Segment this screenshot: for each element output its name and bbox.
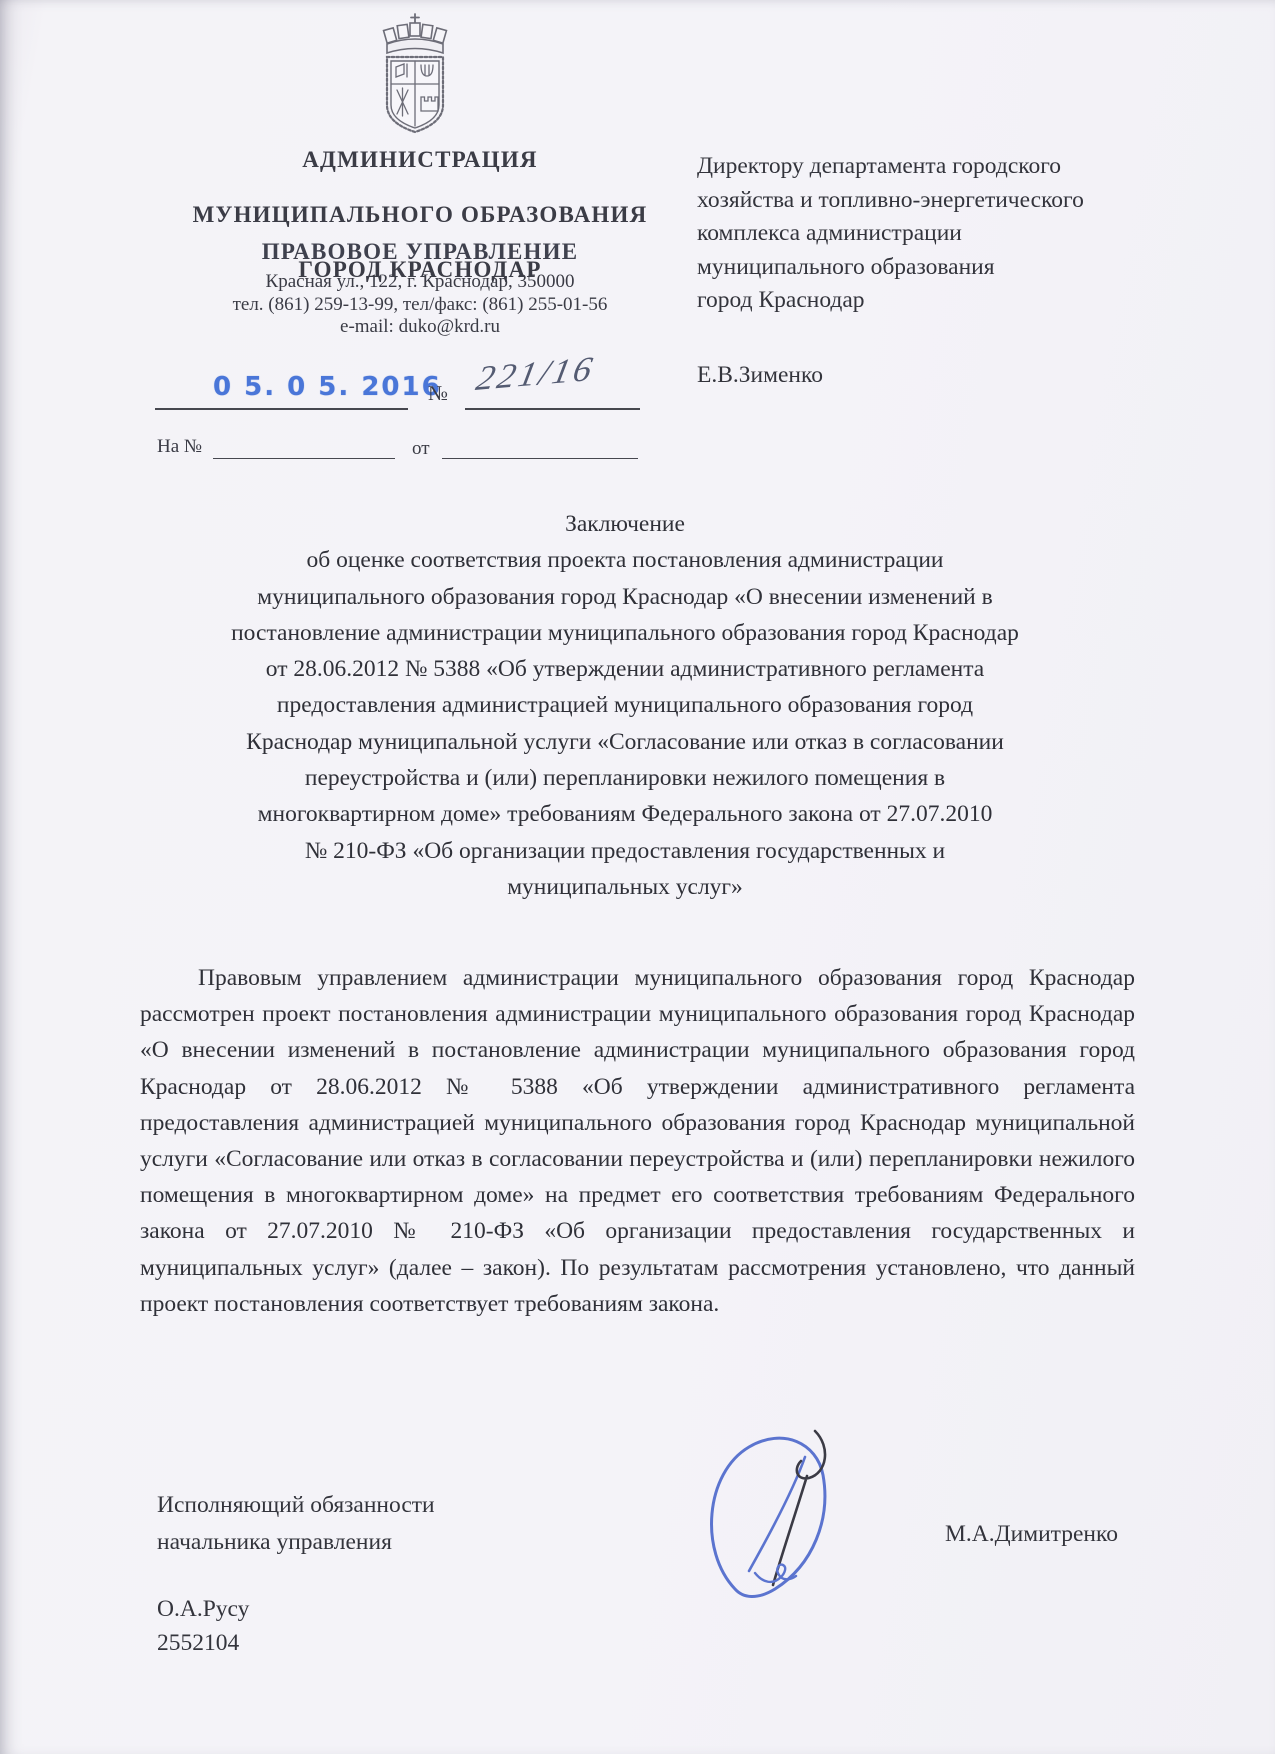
org-phone: тел. (861) 259-13-99, тел/факс: (861) 25…	[180, 294, 660, 317]
recipient-name: Е.В.Зименко	[697, 362, 823, 389]
doc-number-value: 221/16	[473, 349, 599, 399]
document-body: Правовым управлением администрации муниц…	[140, 960, 1135, 1322]
reply-number-underline	[213, 458, 395, 459]
org-contacts: Красная ул., 122, г. Краснодар, 350000 т…	[180, 271, 660, 339]
reply-date-underline	[442, 458, 638, 459]
signature-scribble-icon	[695, 1423, 885, 1613]
executor-name: О.А.Русу	[157, 1596, 249, 1623]
doc-number-underline	[465, 408, 640, 410]
doc-number-label: №	[428, 381, 448, 406]
scanned-letter-page: АДМИНИСТРАЦИЯ МУНИЦИПАЛЬНОГО ОБРАЗОВАНИЯ…	[0, 0, 1275, 1754]
reply-number-label: На №	[157, 436, 202, 458]
executor-phone: 2552104	[157, 1630, 239, 1657]
org-name-line2: МУНИЦИПАЛЬНОГО ОБРАЗОВАНИЯ	[193, 202, 648, 227]
department-name: ПРАВОВОЕ УПРАВЛЕНИЕ	[180, 239, 660, 265]
document-title: Заключение об оценке соответствия проект…	[115, 506, 1135, 905]
coat-of-arms-icon	[380, 12, 450, 136]
date-underline	[155, 408, 408, 410]
org-address: Красная ул., 122, г. Краснодар, 350000	[180, 271, 660, 294]
org-email: e-mail: duko@krd.ru	[180, 316, 660, 339]
reply-date-label: от	[412, 438, 430, 460]
date-stamp: 0 5. 0 5. 2016	[213, 372, 442, 402]
org-name-line1: АДМИНИСТРАЦИЯ	[302, 147, 537, 172]
signer-position: Исполняющий обязанности начальника управ…	[157, 1487, 435, 1560]
signer-name: М.А.Димитренко	[945, 1521, 1118, 1548]
recipient-address: Директору департамента городского хозяйс…	[697, 150, 1167, 318]
